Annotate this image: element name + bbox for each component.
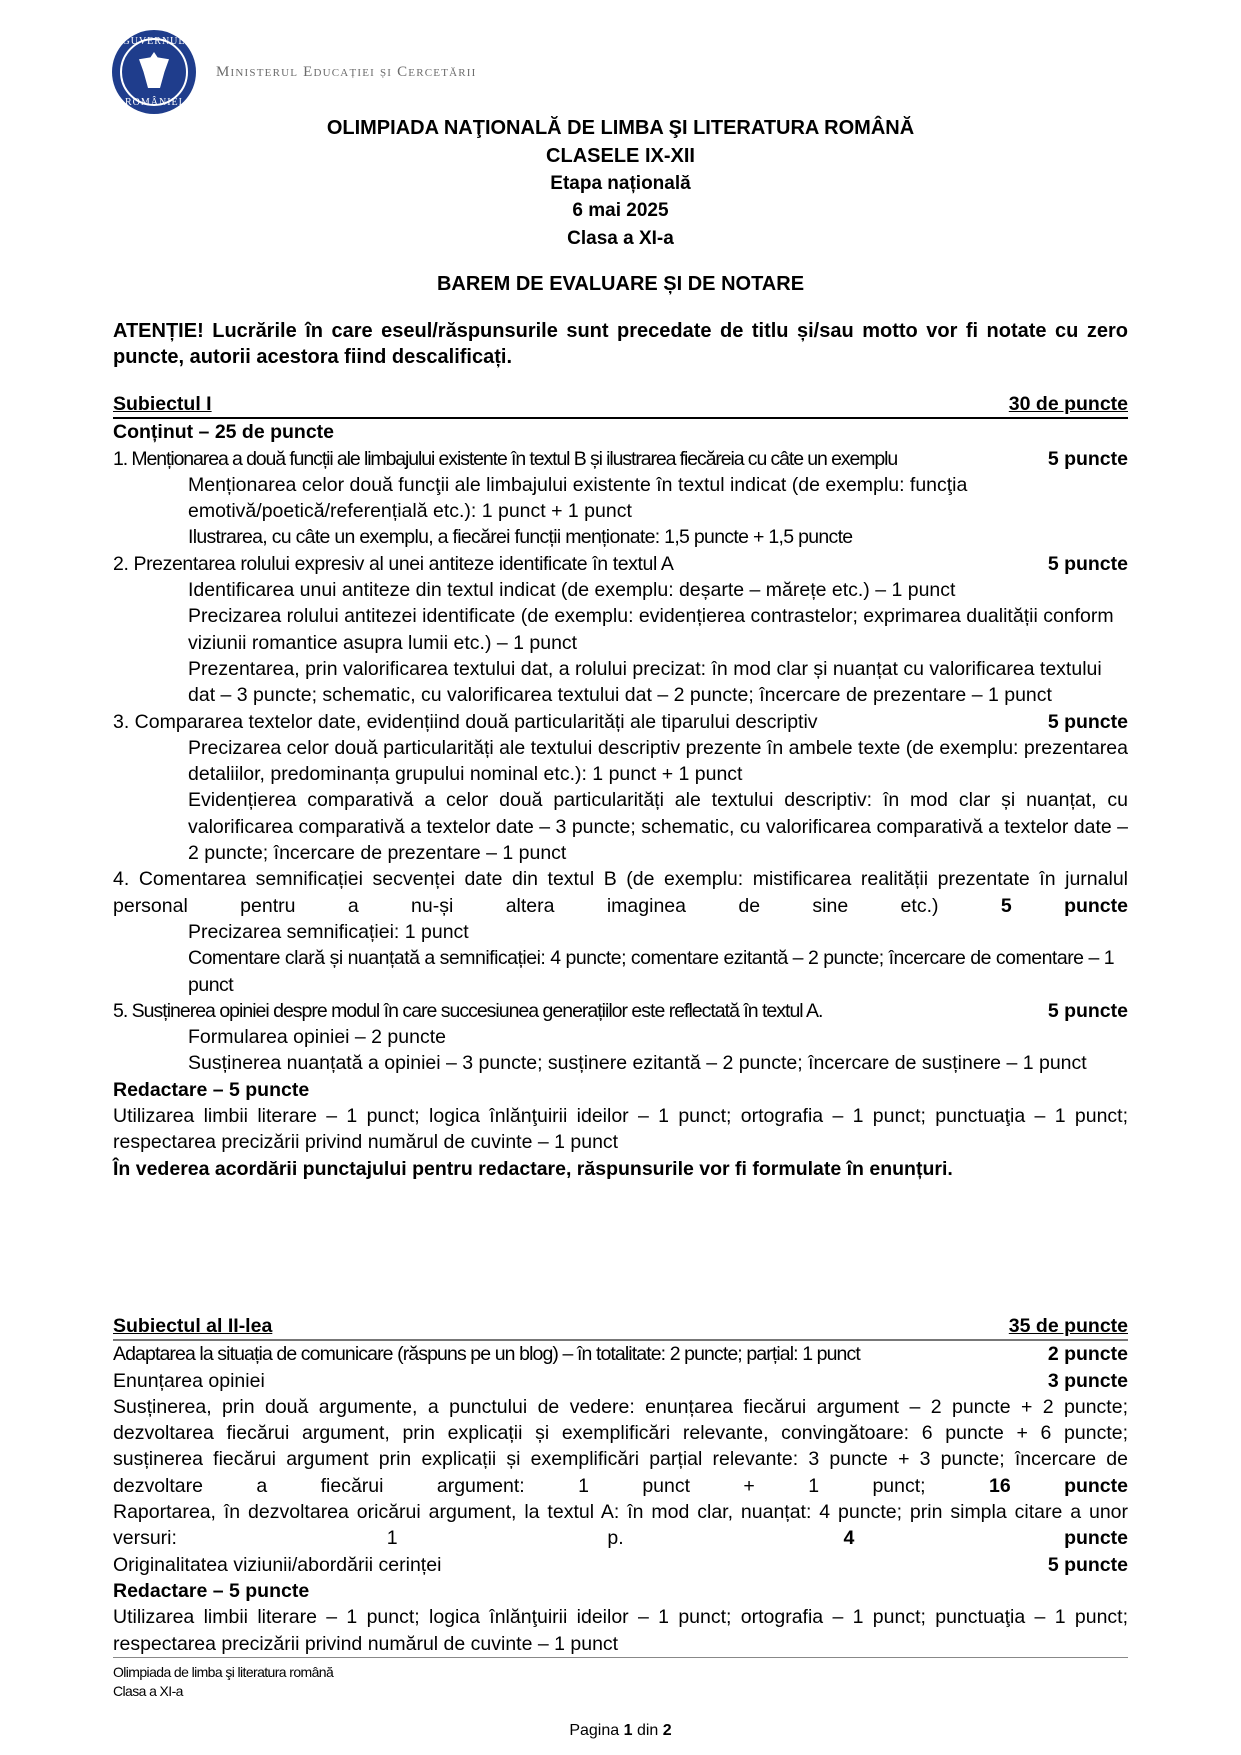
subject-2-points: 35 de puncte — [1009, 1313, 1128, 1339]
criterion-points: 3 puncte — [1048, 1368, 1128, 1394]
subject-2: Subiectul al II-lea 35 de puncte Adaptar… — [113, 1313, 1128, 1657]
item-3-points: 5 puncte — [1048, 709, 1128, 735]
page-current: 1 — [624, 1722, 633, 1739]
footer-info: Olimpiada de limba şi literatura română … — [113, 1663, 333, 1701]
item-2: 2. Prezentarea rolului expresiv al unei … — [113, 551, 1128, 577]
footer-divider — [113, 1657, 1128, 1658]
content-heading: Conținut – 25 de puncte — [113, 419, 1128, 445]
redactare-heading: Redactare – 5 puncte — [113, 1578, 1128, 1604]
criterion-text: Originalitatea viziunii/abordării cerinț… — [113, 1552, 441, 1578]
criterion: Enunțarea opiniei 3 puncte — [113, 1368, 1128, 1394]
grades-title: CLASELE IX-XII — [0, 145, 1241, 168]
criterion-points: 5 puncte — [1048, 1552, 1128, 1578]
item-2-detail: Precizarea rolului antitezei identificat… — [113, 603, 1128, 656]
item-3: 3. Compararea textelor date, evidențiind… — [113, 709, 1128, 735]
item-2-label: 2. Prezentarea rolului expresiv al unei … — [113, 551, 673, 577]
criterion-points: 16 puncte — [989, 1475, 1128, 1497]
stage-title: Etapa națională — [0, 173, 1241, 195]
page-number: Pagina 1 din 2 — [0, 1722, 1241, 1740]
warning-note: ATENȚIE! Lucrările în care eseul/răspuns… — [113, 318, 1128, 370]
item-4: 4. Comentarea semnificației secvenței da… — [113, 866, 1128, 919]
criterion-text: Adaptarea la situația de comunicare (răs… — [113, 1341, 860, 1367]
redactare-text: Utilizarea limbii literare – 1 punct; lo… — [113, 1103, 1128, 1156]
government-logo-icon: GUVERNUL ROMÂNIEI — [112, 30, 196, 114]
subject-1-points: 30 de puncte — [1009, 391, 1128, 417]
criterion: Susținerea, prin două argumente, a punct… — [113, 1394, 1128, 1499]
item-1-points: 5 puncte — [1048, 446, 1128, 472]
item-2-points: 5 puncte — [1048, 551, 1128, 577]
olympiad-title: OLIMPIADA NAŢIONALĂ DE LIMBA ŞI LITERATU… — [0, 117, 1241, 140]
criterion: Originalitatea viziunii/abordării cerinț… — [113, 1552, 1128, 1578]
redactare-text: Utilizarea limbii literare – 1 punct; lo… — [113, 1604, 1128, 1657]
item-4-detail: Comentare clară și nuanțată a semnificaț… — [113, 945, 1128, 998]
footer-olympiad: Olimpiada de limba şi literatura română — [113, 1663, 333, 1682]
barem-title: BAREM DE EVALUARE ȘI DE NOTARE — [0, 273, 1241, 296]
page-mid: din — [633, 1722, 663, 1739]
item-1-label: 1. Menționarea a două funcții ale limbaj… — [113, 446, 897, 472]
item-1-detail: Ilustrarea, cu câte un exemplu, a fiecăr… — [113, 524, 1128, 550]
item-5-detail: Formularea opiniei – 2 puncte — [113, 1024, 1128, 1050]
subject-2-title: Subiectul al II-lea — [113, 1313, 272, 1339]
subject-2-header: Subiectul al II-lea 35 de puncte — [113, 1313, 1128, 1341]
item-3-detail: Evidențierea comparativă a celor două pa… — [113, 787, 1128, 866]
item-2-detail: Prezentarea, prin valorificarea textului… — [113, 656, 1128, 709]
item-4-detail: Precizarea semnificației: 1 punct — [113, 919, 1128, 945]
subject-1: Subiectul I 30 de puncte Conținut – 25 d… — [113, 391, 1128, 1182]
date-title: 6 mai 2025 — [0, 200, 1241, 222]
item-1: 1. Menționarea a două funcții ale limbaj… — [113, 446, 1128, 472]
page-prefix: Pagina — [569, 1722, 623, 1739]
item-5-points: 5 puncte — [1048, 998, 1128, 1024]
criterion-text: Susținerea, prin două argumente, a punct… — [113, 1396, 1128, 1497]
footer-class: Clasa a XI-a — [113, 1682, 333, 1701]
item-3-label: 3. Compararea textelor date, evidențiind… — [113, 709, 818, 735]
item-3-detail: Precizarea celor două particularități al… — [113, 735, 1128, 788]
page-total: 2 — [663, 1722, 672, 1739]
item-4-label: 4. Comentarea semnificației secvenței da… — [113, 868, 1128, 916]
redactare-note: În vederea acordării punctajului pentru … — [113, 1156, 1128, 1182]
item-1-detail: Menționarea celor două funcţii ale limba… — [113, 472, 1128, 525]
redactare-heading: Redactare – 5 puncte — [113, 1077, 1128, 1103]
criterion: Adaptarea la situația de comunicare (răs… — [113, 1341, 1128, 1367]
subject-1-title: Subiectul I — [113, 391, 212, 417]
item-5-label: 5. Susținerea opiniei despre modul în ca… — [113, 998, 822, 1024]
item-4-points: 5 puncte — [1001, 895, 1128, 917]
ministry-name: Ministerul Educației și Cercetării — [216, 64, 477, 81]
criterion-points: 2 puncte — [1048, 1341, 1128, 1367]
logo-bottom-text: ROMÂNIEI — [112, 97, 196, 108]
criterion-points: 4 puncte — [843, 1527, 1128, 1549]
criterion: Raportarea, în dezvoltarea oricărui argu… — [113, 1499, 1128, 1552]
page-header: GUVERNUL ROMÂNIEI Ministerul Educației ș… — [112, 30, 477, 114]
item-5-detail: Susținerea nuanțată a opiniei – 3 puncte… — [113, 1050, 1128, 1076]
item-2-detail: Identificarea unui antiteze din textul i… — [113, 577, 1128, 603]
item-5: 5. Susținerea opiniei despre modul în ca… — [113, 998, 1128, 1024]
subject-1-header: Subiectul I 30 de puncte — [113, 391, 1128, 419]
criterion-text: Enunțarea opiniei — [113, 1368, 265, 1394]
class-title: Clasa a XI-a — [0, 228, 1241, 250]
